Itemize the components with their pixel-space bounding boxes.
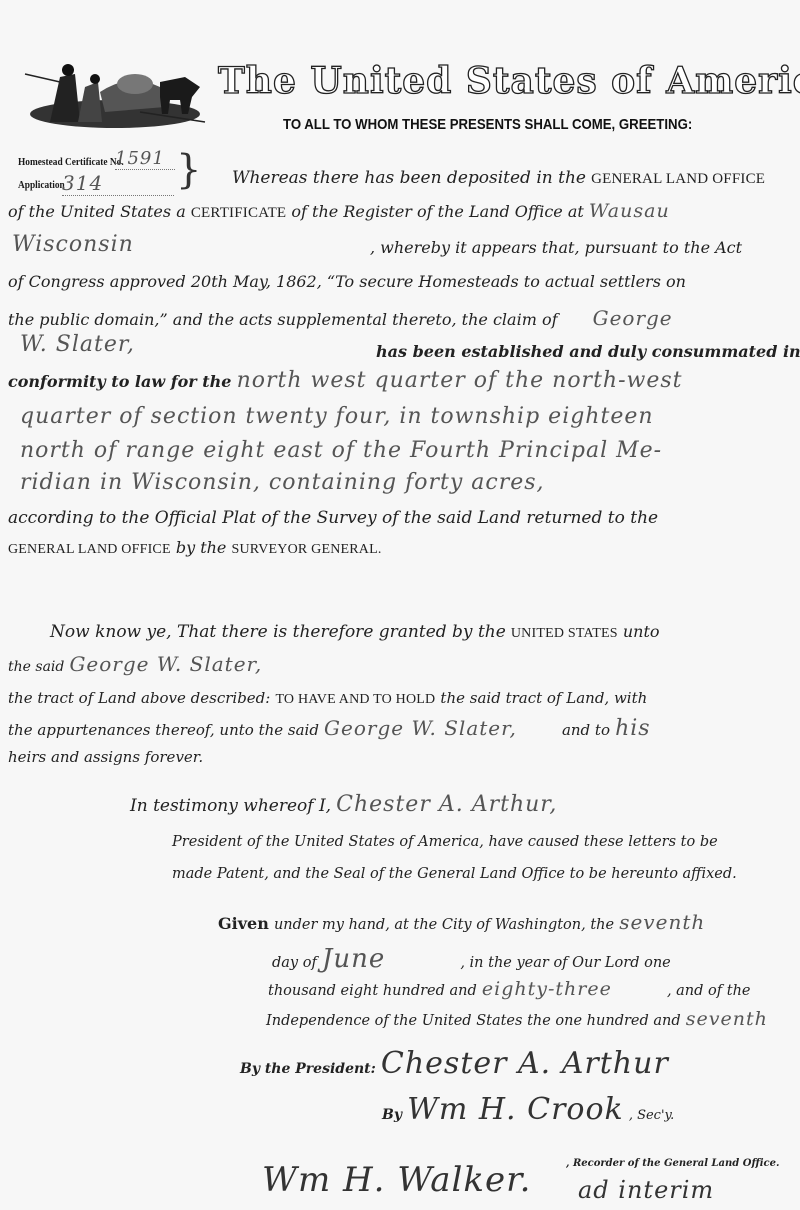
homestead-certificate-number: 1591 bbox=[115, 148, 175, 170]
document-title: The United States of America, bbox=[218, 60, 800, 102]
secretary-line: By Wm H. Crook , Sec'y. bbox=[382, 1092, 674, 1127]
land-description-3: north of range eight east of the Fourth … bbox=[20, 438, 662, 463]
president-line: President of the United States of Americ… bbox=[172, 834, 718, 850]
heirs-line: heirs and assigns forever. bbox=[8, 748, 203, 766]
grantee-name: George W. Slater, bbox=[69, 652, 262, 676]
application-label: Application bbox=[18, 179, 65, 191]
land-description-2: quarter of section twenty four, in towns… bbox=[20, 404, 654, 429]
state-field: Wisconsin bbox=[12, 232, 134, 257]
consummated-line: has been established and duly consummate… bbox=[376, 342, 800, 361]
surveyor-line: GENERAL LAND OFFICE by the SURVEYOR GENE… bbox=[8, 538, 382, 558]
greeting: TO ALL TO WHOM THESE PRESENTS SHALL COME… bbox=[283, 116, 692, 133]
official-plat-line: according to the Official Plat of the Su… bbox=[8, 508, 658, 528]
by-the-president-line: By the President: Chester A. Arthur bbox=[240, 1046, 669, 1081]
now-know-ye-line: Now know ye, That there is therefore gra… bbox=[50, 622, 660, 642]
day-field: seventh bbox=[619, 910, 705, 934]
month-line: day of June , in the year of Our Lord on… bbox=[272, 944, 671, 974]
secretary-signature: Wm H. Crook bbox=[407, 1092, 624, 1127]
grantee-name-2: George W. Slater, bbox=[324, 716, 517, 740]
certificate-line: of the United States a CERTIFICATE of th… bbox=[8, 200, 670, 222]
appurtenances-line: the appurtenances thereof, unto the said… bbox=[8, 716, 651, 741]
conformity-line: conformity to law for the north west qua… bbox=[8, 368, 683, 393]
brace-divider: } bbox=[176, 150, 201, 190]
to-have-and-hold-line: the tract of Land above described: TO HA… bbox=[8, 688, 647, 708]
president-name: Chester A. Arthur, bbox=[336, 792, 557, 817]
month-field: June bbox=[322, 944, 385, 974]
president-signature: Chester A. Arthur bbox=[381, 1046, 669, 1081]
farm-scene-engraving-icon bbox=[20, 52, 210, 134]
year-line: thousand eight hundred and eighty-three … bbox=[268, 978, 750, 1000]
claimant-first-name: George bbox=[593, 306, 673, 330]
given-line: Given under my hand, at the City of Wash… bbox=[218, 910, 705, 934]
independence-year-field: seventh bbox=[686, 1008, 768, 1030]
land-office-location: Wausau bbox=[589, 200, 670, 222]
application-number: 314 bbox=[62, 171, 174, 196]
land-description-1: north west quarter of the north-west bbox=[237, 368, 683, 393]
said-grantee-line: the said George W. Slater, bbox=[8, 652, 262, 676]
recorder-signature: Wm H. Walker. bbox=[262, 1160, 531, 1200]
land-description-4: ridian in Wisconsin, containing forty ac… bbox=[20, 470, 545, 495]
grantee-pronoun: his bbox=[615, 716, 651, 741]
patent-seal-line: made Patent, and the Seal of the General… bbox=[172, 866, 737, 882]
year-field: eighty-three bbox=[482, 978, 612, 1000]
testimony-line: In testimony whereof I, Chester A. Arthu… bbox=[130, 792, 557, 817]
claimant-rest-name: W. Slater, bbox=[20, 332, 135, 357]
congress-line: of Congress approved 20th May, 1862, “To… bbox=[8, 272, 686, 291]
ad-interim-note: ad interim bbox=[578, 1176, 714, 1204]
recorder-label: , Recorder of the General Land Office. bbox=[566, 1158, 780, 1169]
independence-line: Independence of the United States the on… bbox=[266, 1008, 768, 1030]
act-line: , whereby it appears that, pursuant to t… bbox=[370, 238, 742, 257]
whereas-line: Whereas there has been deposited in the … bbox=[232, 168, 765, 188]
claim-line: the public domain,” and the acts supplem… bbox=[8, 306, 673, 330]
homestead-certificate-label: Homestead Certificate No. bbox=[18, 156, 124, 168]
